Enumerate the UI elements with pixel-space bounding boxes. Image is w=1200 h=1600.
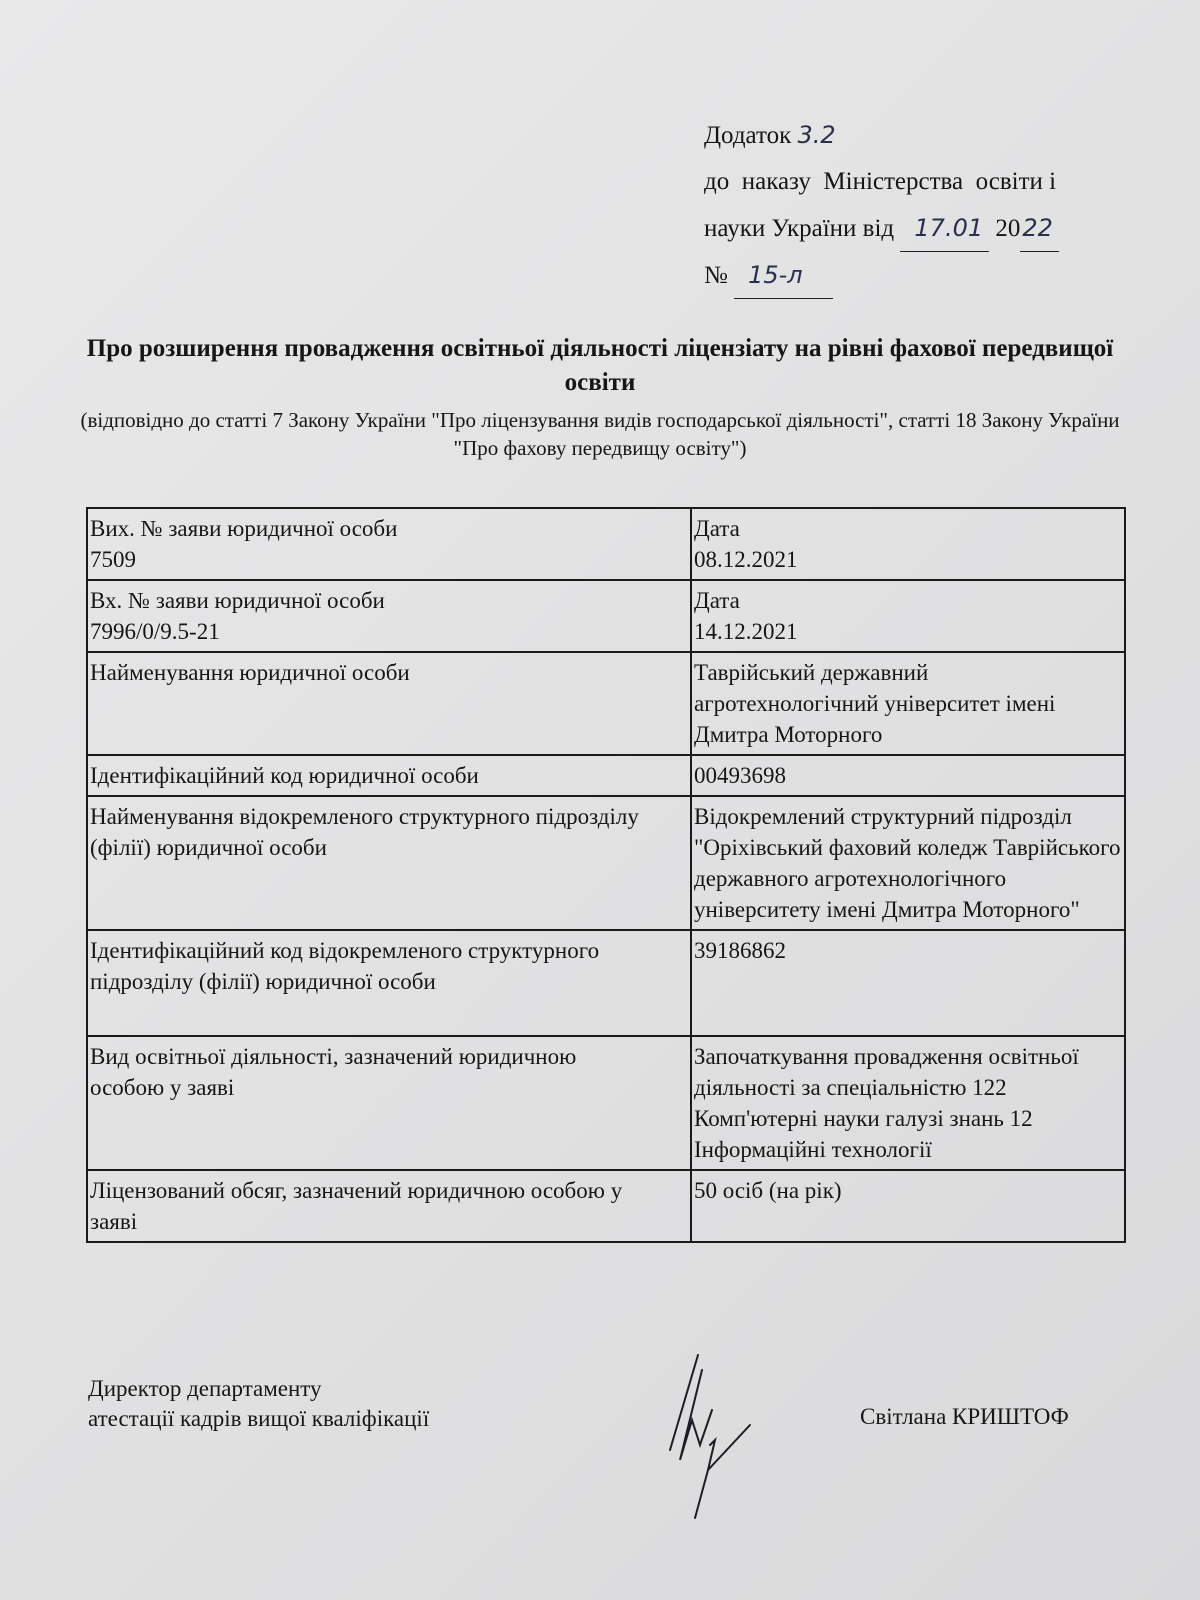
order-year: 22 (1020, 205, 1059, 252)
annex-line-2: до наказу Міністерства освіти і (704, 159, 1059, 205)
table-row: Вх. № заяви юридичної особи7996/0/9.5-21… (87, 580, 1125, 652)
annex-label: Додаток (704, 122, 791, 149)
annex-line-1: Додаток 3.2 (704, 112, 1059, 159)
table-row: Найменування юридичної особи Таврійський… (87, 652, 1125, 755)
table-row: Вих. № заяви юридичної особи7509 Дата08.… (87, 508, 1125, 580)
signatory-position: Директор департаменту атестації кадрів в… (88, 1374, 429, 1434)
table-row: Ідентифікаційний код юридичної особи 004… (87, 755, 1125, 796)
annex-header: Додаток 3.2 до наказу Міністерства освіт… (704, 112, 1059, 299)
table-row: Найменування відокремленого структурного… (87, 796, 1125, 930)
table-row: Вид освітньої діяльності, зазначений юри… (87, 1036, 1125, 1170)
annex-number: 3.2 (798, 112, 836, 158)
document-title: Про розширення провадження освітньої дія… (80, 332, 1120, 400)
order-number: 15-л (734, 252, 833, 299)
annex-line-4: № 15-л (704, 252, 1059, 299)
table-row: Ліцензований обсяг, зазначений юридичною… (87, 1170, 1125, 1242)
signatory-name: Світлана КРИШТОФ (860, 1404, 1069, 1430)
annex-line-3: науки України від 17.01 2022 (704, 205, 1059, 252)
info-table: Вих. № заяви юридичної особи7509 Дата08.… (86, 507, 1126, 1243)
document-subtitle: (відповідно до статті 7 Закону України "… (80, 406, 1120, 462)
order-date: 17.01 (900, 205, 989, 252)
table-row: Ідентифікаційний код відокремленого стру… (87, 930, 1125, 1036)
handwritten-signature-icon (640, 1350, 770, 1520)
